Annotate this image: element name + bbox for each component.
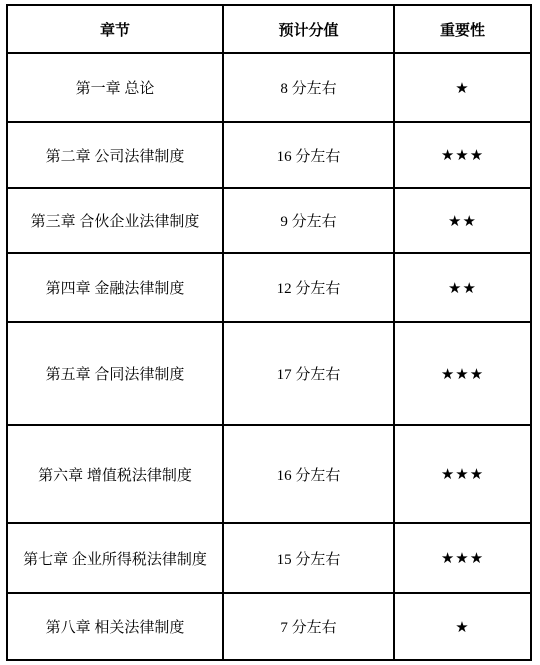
score-cell: 15 分左右 (223, 523, 394, 593)
table-row: 第一章 总论 8 分左右 ★ (7, 53, 531, 122)
table-header-row: 章节 预计分值 重要性 (7, 5, 531, 53)
chapter-cell: 第七章 企业所得税法律制度 (7, 523, 223, 593)
importance-stars: ★ (394, 593, 531, 660)
importance-stars: ★ (394, 53, 531, 122)
importance-stars: ★★ (394, 253, 531, 322)
table-row: 第六章 增值税法律制度 16 分左右 ★★★ (7, 425, 531, 523)
score-cell: 12 分左右 (223, 253, 394, 322)
importance-stars: ★★ (394, 188, 531, 253)
table-row: 第四章 金融法律制度 12 分左右 ★★ (7, 253, 531, 322)
score-cell: 16 分左右 (223, 122, 394, 188)
chapter-cell: 第二章 公司法律制度 (7, 122, 223, 188)
score-cell: 16 分左右 (223, 425, 394, 523)
score-cell: 7 分左右 (223, 593, 394, 660)
col-header-score: 预计分值 (223, 5, 394, 53)
chapter-cell: 第四章 金融法律制度 (7, 253, 223, 322)
score-cell: 8 分左右 (223, 53, 394, 122)
table-row: 第三章 合伙企业法律制度 9 分左右 ★★ (7, 188, 531, 253)
table-row: 第八章 相关法律制度 7 分左右 ★ (7, 593, 531, 660)
importance-stars: ★★★ (394, 122, 531, 188)
table-row: 第五章 合同法律制度 17 分左右 ★★★ (7, 322, 531, 425)
table-row: 第二章 公司法律制度 16 分左右 ★★★ (7, 122, 531, 188)
col-header-chapter: 章节 (7, 5, 223, 53)
importance-stars: ★★★ (394, 425, 531, 523)
chapter-cell: 第一章 总论 (7, 53, 223, 122)
col-header-importance: 重要性 (394, 5, 531, 53)
importance-stars: ★★★ (394, 322, 531, 425)
chapter-cell: 第三章 合伙企业法律制度 (7, 188, 223, 253)
chapter-cell: 第八章 相关法律制度 (7, 593, 223, 660)
score-cell: 9 分左右 (223, 188, 394, 253)
score-cell: 17 分左右 (223, 322, 394, 425)
chapter-cell: 第五章 合同法律制度 (7, 322, 223, 425)
chapter-cell: 第六章 增值税法律制度 (7, 425, 223, 523)
chapter-score-table-container: 章节 预计分值 重要性 第一章 总论 8 分左右 ★ 第二章 公司法律制度 16… (6, 4, 530, 661)
table-row: 第七章 企业所得税法律制度 15 分左右 ★★★ (7, 523, 531, 593)
importance-stars: ★★★ (394, 523, 531, 593)
chapter-score-table: 章节 预计分值 重要性 第一章 总论 8 分左右 ★ 第二章 公司法律制度 16… (6, 4, 532, 661)
